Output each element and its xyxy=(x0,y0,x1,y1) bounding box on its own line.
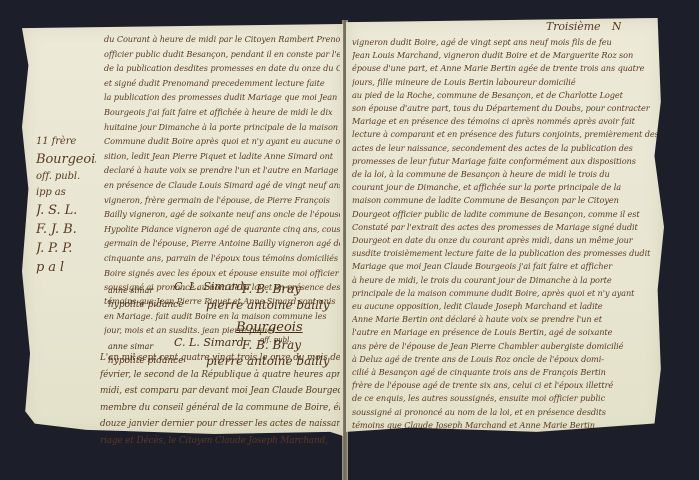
text-line: huitaine jour Dimanche à la porte princi… xyxy=(104,120,340,135)
text-line: douze janvier dernier pour dresser les a… xyxy=(100,416,340,433)
text-line: jours, fille mineure de Louis Bertin lab… xyxy=(352,76,660,89)
act-mark: N xyxy=(612,20,622,33)
text-line: cilié à Besançon agé de cinquante trois … xyxy=(352,366,660,379)
margin-note: ipp as xyxy=(36,185,96,201)
text-line: en présence de Claude Louis Simard agé d… xyxy=(104,178,340,193)
text-line: L'an mil sept cent quatre vingt trois le… xyxy=(100,350,340,367)
margin-note: 11 frère xyxy=(36,134,96,150)
text-line: cinquante ans, parrain de l'époux tous t… xyxy=(104,251,340,266)
text-line: et signé dudit Prenomand precedemment le… xyxy=(104,76,340,91)
signature: F. B. Bray xyxy=(242,282,301,296)
text-line: du Courant à heure de midi par le Citoye… xyxy=(104,32,340,47)
left-page-body: du Courant à heure de midi par le Citoye… xyxy=(104,32,340,295)
text-line: vigneron dudit Boire, agé de vingt sept … xyxy=(352,36,660,49)
text-line: Mariage et en présence des témoins ci ap… xyxy=(352,115,660,128)
text-line: l'autre en Mariage en présence de Louis … xyxy=(352,326,660,339)
text-line: soussigné ai prononcé au nom de la loi, … xyxy=(352,406,660,419)
text-line: officier public dudit Besançon, pendant … xyxy=(104,47,340,62)
new-act-text: L'an mil sept cent quatre vingt trois le… xyxy=(100,350,340,449)
text-line: lecture à comparant et en présence des f… xyxy=(352,128,660,141)
text-line: Bailly vigneron, agé de soixante neuf an… xyxy=(104,207,340,222)
margin-initials: F. J. B. xyxy=(36,220,96,239)
text-line: de la loi, à la commune de Besançon à he… xyxy=(352,168,660,181)
margin-initials: p a l xyxy=(36,258,96,277)
text-line: Jean Louis Marchand, vigneron dudit Boir… xyxy=(352,49,660,62)
text-line: Commune dudit Boire après quoi et n'y ay… xyxy=(104,134,340,149)
margin-note: off. publ. xyxy=(36,169,96,185)
text-line: à Deluz agé de trente ans de Louis Roz o… xyxy=(352,353,660,366)
signature: anne simar xyxy=(108,286,153,295)
margin-initials: J. S. L. xyxy=(36,201,96,220)
text-line: declaré à haute voix se prendre l'un et … xyxy=(104,163,340,178)
text-line: à heure de midi, le trois du courant jou… xyxy=(352,274,660,287)
page-header: Troisième N xyxy=(546,20,621,35)
text-line: eu aucune opposition, ledit Claude Josep… xyxy=(352,300,660,313)
text-line: sition, ledit Jean Pierre Piquet et ladi… xyxy=(104,149,340,164)
text-line: Boire signés avec les époux et épouse en… xyxy=(104,266,340,281)
text-line: de ce enquis, les autres soussignés, ens… xyxy=(352,392,660,405)
signature-officer: Bourgeois xyxy=(236,320,303,335)
text-line: de la publication desdites promesses en … xyxy=(104,61,340,76)
text-line: susdite troisièmement lecture faite de l… xyxy=(352,247,660,260)
margin-initials: J. P. P. xyxy=(36,239,96,258)
text-line: frère de l'épouse agé de trente six ans,… xyxy=(352,379,660,392)
signature: pierre antoine bailly xyxy=(206,298,330,312)
act-ordinal: Troisième xyxy=(546,20,600,33)
text-line: maison commune de ladite Commune de Besa… xyxy=(352,194,660,207)
text-line: Dourgeot en date du onze du courant aprè… xyxy=(352,234,660,247)
text-line: février, le second de la République à qu… xyxy=(100,367,340,384)
text-line: sont unis en Mariage. fait audit Boire, … xyxy=(352,432,660,445)
text-line: Dourgeot officier public de ladite commu… xyxy=(352,208,660,221)
text-line: membre du conseil général de la commune … xyxy=(100,400,340,417)
text-line: témoins que Claude Joseph Marchand et An… xyxy=(352,419,660,432)
text-line: ans père de l'épouse de Jean Pierre Cham… xyxy=(352,340,660,353)
margin-signature: Bourgeois xyxy=(36,150,96,169)
text-line: vigneron, frère germain de l'épouse, de … xyxy=(104,193,340,208)
right-page-body: vigneron dudit Boire, agé de vingt sept … xyxy=(352,36,660,445)
text-line: actes de leur naissance, secondement des… xyxy=(352,142,660,155)
text-line: la publication des promesses dudit Maria… xyxy=(104,90,340,105)
text-line: Bourgeois j'ai fait faire et affichée à … xyxy=(104,105,340,120)
signature: C. L. Simard xyxy=(174,336,244,349)
text-line: son épouse d'autre part, tous du Départe… xyxy=(352,102,660,115)
text-line: épouse d'une part, et Anne Marie Bertin … xyxy=(352,62,660,75)
text-line: principale de la maison commune dudit Bo… xyxy=(352,287,660,300)
signature: hypolite pidance xyxy=(108,300,184,310)
text-line: Mariage que moi Jean Claude Bourgeois j'… xyxy=(352,260,660,273)
signature-title: off. publ. xyxy=(260,336,292,344)
text-line: promesses de leur futur Mariage faite co… xyxy=(352,155,660,168)
text-line: courant jour de Dimanche, et affichée su… xyxy=(352,181,660,194)
signature: C. L. Simard xyxy=(174,280,244,293)
text-line: au pied de la Roche, commune de Besançon… xyxy=(352,89,660,102)
text-line: Hypolite Pidance vigneron agé de quarant… xyxy=(104,222,340,237)
text-line: germain de l'épouse, Pierre Antoine Bail… xyxy=(104,236,340,251)
text-line: Constaté par l'extrait des actes des pro… xyxy=(352,221,660,234)
margin-notes: 11 frère Bourgeois off. publ. ipp as J. … xyxy=(36,134,96,277)
text-line: midi, est comparu par devant moi Jean Cl… xyxy=(100,383,340,400)
right-page: Troisième N vigneron dudit Boire, agé de… xyxy=(346,18,664,436)
text-line: Anne Marie Bertin ont déclaré à haute vo… xyxy=(352,313,660,326)
text-line: riage et Décès, le Citoyen Claude Joseph… xyxy=(100,433,340,450)
